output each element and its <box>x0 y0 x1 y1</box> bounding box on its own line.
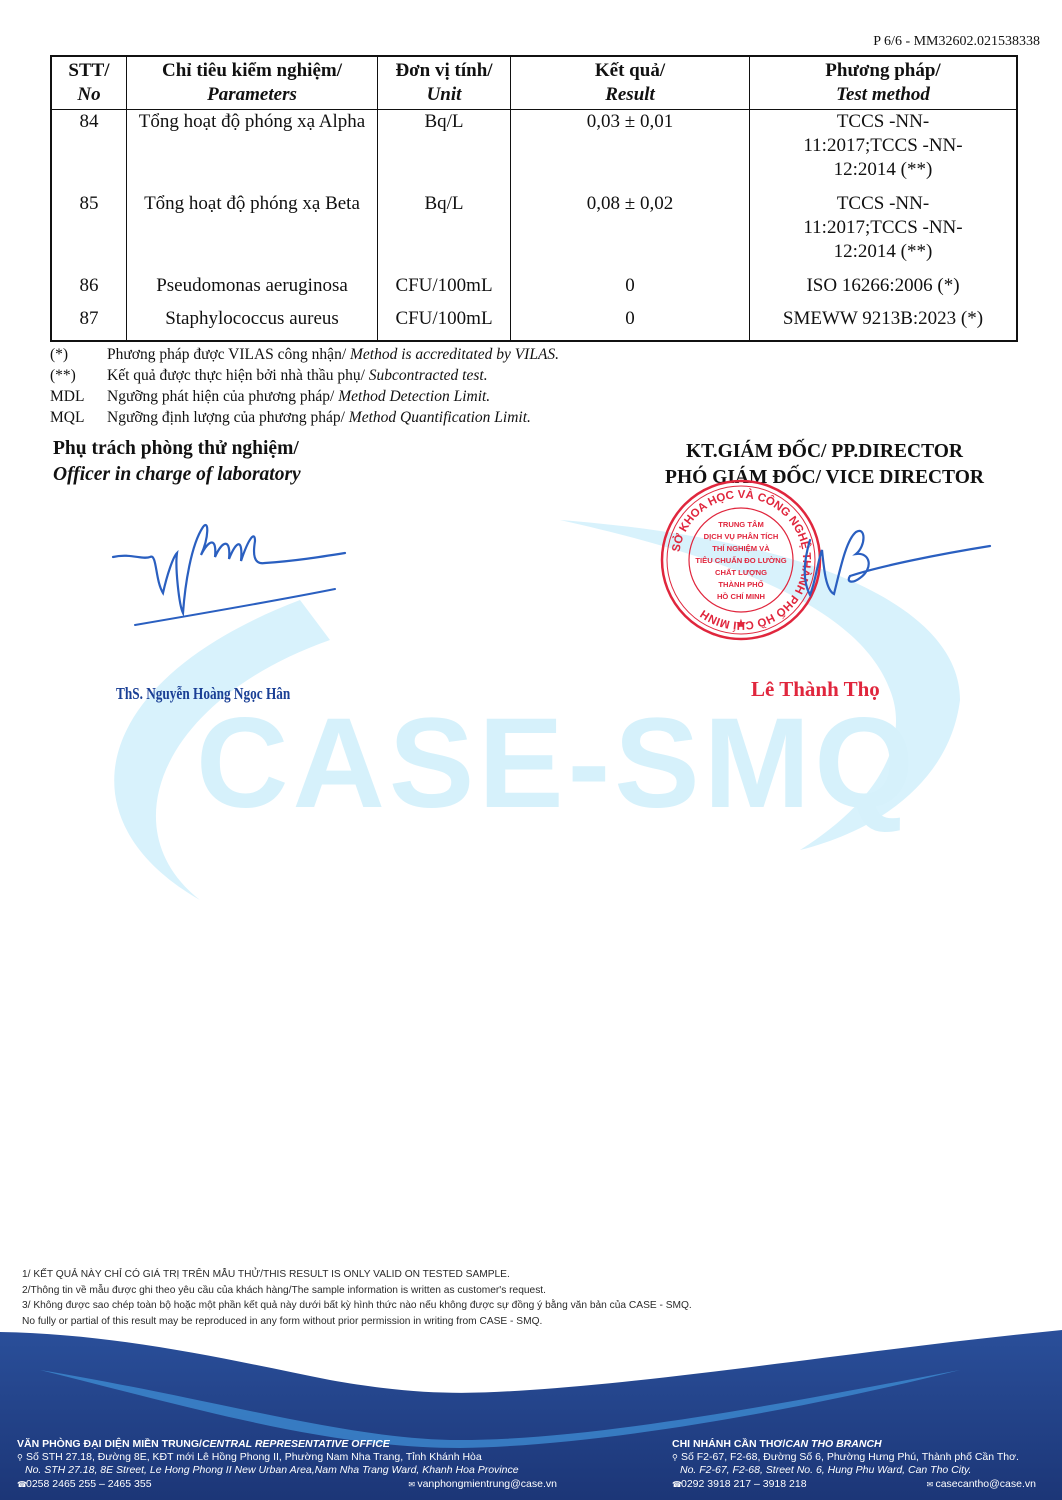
cell-unit: Bq/L <box>378 192 511 274</box>
cell-result: 0,03 ± 0,01 <box>511 110 750 193</box>
cantho-branch: CHI NHÁNH CẦN THƠ/CAN THO BRANCH ⚲Số F2-… <box>672 1438 1036 1491</box>
cell-result: 0 <box>511 307 750 341</box>
cell-result: 0,08 ± 0,02 <box>511 192 750 274</box>
note-mdl: MDLNgưỡng phát hiện của phương pháp/ Met… <box>50 386 559 407</box>
disclaimer-line: 2/Thông tin về mẫu được ghi theo yêu cầu… <box>22 1283 692 1299</box>
disclaimer: 1/ KẾT QUẢ NÀY CHỈ CÓ GIÁ TRỊ TRÊN MẪU T… <box>22 1267 692 1329</box>
svg-text:HỒ CHÍ MINH: HỒ CHÍ MINH <box>717 591 765 601</box>
cell-unit: CFU/100mL <box>378 274 511 307</box>
signature-left-icon <box>105 505 355 635</box>
cell-parameter: Tổng hoạt độ phóng xạ Beta <box>127 192 378 274</box>
note-mql: MQLNgưỡng định lượng của phương pháp/ Me… <box>50 407 559 428</box>
svg-text:TIÊU CHUẨN ĐO LƯỜNG: TIÊU CHUẨN ĐO LƯỜNG <box>695 556 786 565</box>
note-subcontracted: (**) Kết quả được thực hiện bởi nhà thầu… <box>50 365 559 386</box>
disclaimer-line: No fully or partial of this result may b… <box>22 1314 692 1330</box>
cell-method: TCCS -NN-11:2017;TCCS -NN-12:2014 (**) <box>750 110 1018 193</box>
location-pin-icon: ⚲ <box>17 1451 26 1464</box>
table-row: 85 Tổng hoạt độ phóng xạ Beta Bq/L 0,08 … <box>51 192 1017 274</box>
location-pin-icon: ⚲ <box>672 1451 681 1464</box>
disclaimer-line: 1/ KẾT QUẢ NÀY CHỈ CÓ GIÁ TRỊ TRÊN MẪU T… <box>22 1267 692 1283</box>
header-no: STT/No <box>51 56 127 110</box>
phone-icon: ☎ <box>672 1478 681 1491</box>
cell-parameter: Staphylococcus aureus <box>127 307 378 341</box>
cell-method: TCCS -NN-11:2017;TCCS -NN-12:2014 (**) <box>750 192 1018 274</box>
central-email[interactable]: vanphongmientrung@case.vn <box>417 1478 557 1490</box>
cell-no: 84 <box>51 110 127 193</box>
cell-method: ISO 16266:2006 (*) <box>750 274 1018 307</box>
svg-text:CHẤT LƯỢNG: CHẤT LƯỢNG <box>715 567 767 577</box>
cell-no: 87 <box>51 307 127 341</box>
cell-unit: Bq/L <box>378 110 511 193</box>
cantho-email[interactable]: casecantho@case.vn <box>935 1478 1036 1490</box>
signature-right-icon <box>790 510 1010 610</box>
table-header: STT/No Chỉ tiêu kiểm nghiệm/Parameters Đ… <box>51 56 1017 110</box>
table-row: 86 Pseudomonas aeruginosa CFU/100mL 0 IS… <box>51 274 1017 307</box>
note-accredited: (*)Phương pháp được VILAS công nhận/ Met… <box>50 344 559 365</box>
svg-text:TRUNG TÂM: TRUNG TÂM <box>718 520 764 529</box>
header-parameters: Chỉ tiêu kiểm nghiệm/Parameters <box>127 56 378 110</box>
director-name: Lê Thành Thọ <box>751 677 880 702</box>
disclaimer-line: 3/ Không được sao chép toàn bộ hoặc một … <box>22 1298 692 1314</box>
cell-parameter: Pseudomonas aeruginosa <box>127 274 378 307</box>
cell-result: 0 <box>511 274 750 307</box>
results-table: STT/No Chỉ tiêu kiểm nghiệm/Parameters Đ… <box>50 55 1018 342</box>
cell-parameter: Tổng hoạt độ phóng xạ Alpha <box>127 110 378 193</box>
svg-text:DỊCH VỤ PHÂN TÍCH: DỊCH VỤ PHÂN TÍCH <box>704 532 779 541</box>
table-row: 87 Staphylococcus aureus CFU/100mL 0 SME… <box>51 307 1017 341</box>
cantho-phone: 0292 3918 217 – 3918 218 <box>681 1478 807 1490</box>
svg-text:THÍ NGHIỆM VÀ: THÍ NGHIỆM VÀ <box>712 544 770 553</box>
cell-no: 86 <box>51 274 127 307</box>
phone-icon: ☎ <box>17 1478 26 1491</box>
svg-text:★: ★ <box>735 616 747 631</box>
cell-unit: CFU/100mL <box>378 307 511 341</box>
header-result: Kết quả/Result <box>511 56 750 110</box>
central-phone: 0258 2465 255 – 2465 355 <box>26 1478 152 1490</box>
cell-no: 85 <box>51 192 127 274</box>
watermark-text: CASE-SMQ <box>196 690 918 837</box>
lab-officer-name: ThS. Nguyễn Hoàng Ngọc Hân <box>116 684 290 704</box>
cell-method: SMEWW 9213B:2023 (*) <box>750 307 1018 341</box>
lab-officer-title: Phụ trách phòng thử nghiệm/ Officer in c… <box>53 436 301 488</box>
svg-text:THÀNH PHỐ: THÀNH PHỐ <box>718 579 763 589</box>
header-test-method: Phương pháp/Test method <box>750 56 1018 110</box>
email-icon: ✉ <box>408 1478 417 1491</box>
header-unit: Đơn vị tính/Unit <box>378 56 511 110</box>
footnotes: (*)Phương pháp được VILAS công nhận/ Met… <box>50 344 559 428</box>
page-id: P 6/6 - MM32602.021538338 <box>873 34 1040 50</box>
central-office: VĂN PHÒNG ĐẠI DIỆN MIỀN TRUNG/CENTRAL RE… <box>17 1438 557 1491</box>
table-row: 84 Tổng hoạt độ phóng xạ Alpha Bq/L 0,03… <box>51 110 1017 193</box>
